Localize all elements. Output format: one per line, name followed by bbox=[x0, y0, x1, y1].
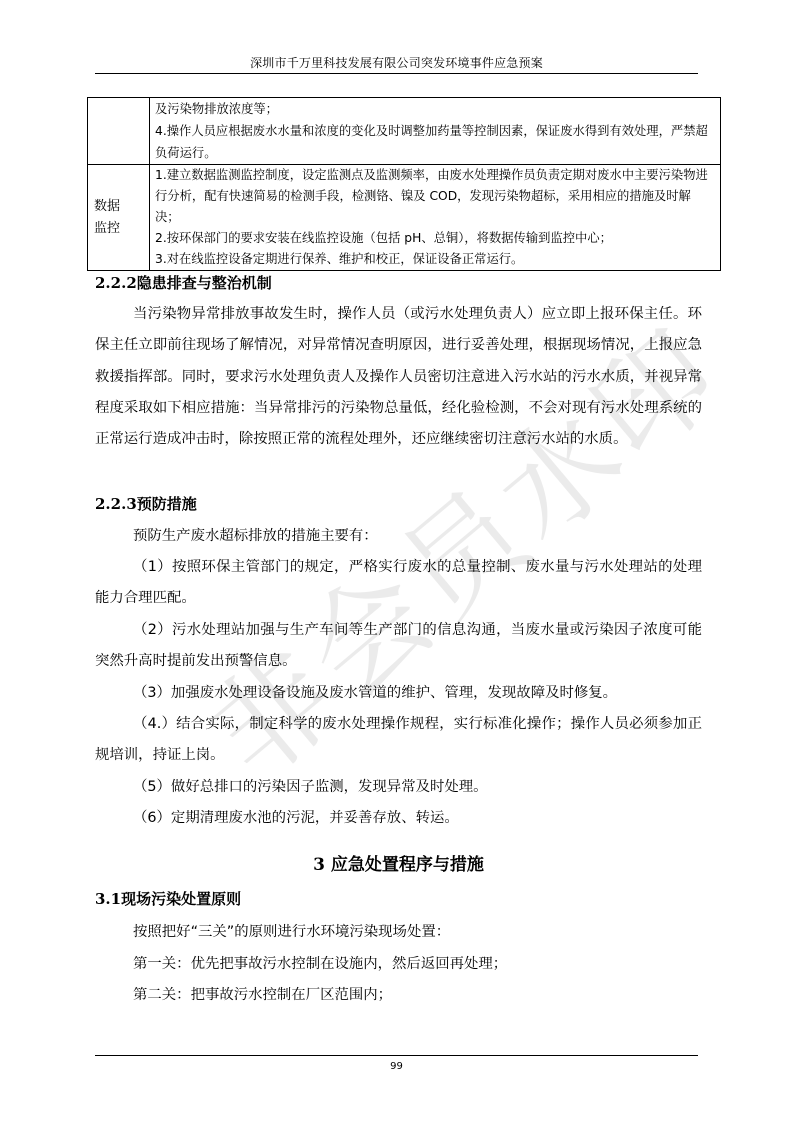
label-line: 数据 bbox=[94, 196, 144, 218]
chapter-heading-3: 3 应急处置程序与措施 bbox=[95, 850, 702, 875]
list-item: （6）定期清理废水池的污泥，并妥善存放、转运。 bbox=[95, 803, 702, 834]
paragraph-line: 按照把好“三关”的原则进行水环境污染现场处置： bbox=[95, 917, 702, 948]
list-item: （1）按照环保主管部门的规定，严格实行废水的总量控制、废水量与污水处理站的处理能… bbox=[95, 552, 702, 615]
measures-table: 及污染物排放浓度等； 4.操作人员应根据废水水量和浓度的变化及时调整加药量等控制… bbox=[87, 97, 721, 271]
page-number: 99 bbox=[95, 1061, 698, 1072]
footer-divider bbox=[95, 1055, 698, 1056]
list-item: （4.）结合实际，制定科学的废水处理操作规程，实行标准化操作；操作人员必须参加正… bbox=[95, 709, 702, 772]
list-item: （3）加强废水处理设备设施及废水管道的维护、管理，发现故障及时修复。 bbox=[95, 678, 702, 709]
list-item: （2）污水处理站加强与生产车间等生产部门的信息沟通，当废水量或污染因子浓度可能突… bbox=[95, 615, 702, 678]
header-divider bbox=[95, 73, 698, 74]
document-header-title: 深圳市千万里科技发展有限公司突发环境事件应急预案 bbox=[95, 54, 698, 71]
table-line: 4.操作人员应根据废水水量和浓度的变化及时调整加药量等控制因素，保证废水得到有效… bbox=[155, 120, 715, 164]
table-line: 1.建立数据监测监控制度，设定监测点及监测频率，由废水处理操作员负责定期对废水中… bbox=[155, 165, 715, 228]
paragraph-line: 第一关：优先把事故污水控制在设施内，然后返回再处理； bbox=[95, 949, 702, 980]
table-line: 3.对在线监控设备定期进行保养、维护和校正，保证设备正常运行。 bbox=[155, 249, 715, 270]
table-row: 及污染物排放浓度等； 4.操作人员应根据废水水量和浓度的变化及时调整加药量等控制… bbox=[88, 98, 721, 165]
section-intro: 预防生产废水超标排放的措施主要有： bbox=[95, 521, 702, 552]
table-row-label bbox=[88, 98, 150, 165]
section-paragraph: 当污染物异常排放事故发生时，操作人员（或污水处理负责人）应立即上报环保主任。环保… bbox=[95, 299, 702, 455]
label-line: 监控 bbox=[94, 218, 144, 240]
table-line: 2.按环保部门的要求安装在线监控设施（包括 pH、总铜），将数据传输到监控中心； bbox=[155, 228, 715, 249]
section-heading-3-1: 3.1现场污染处置原则 bbox=[95, 888, 241, 909]
table-row-content: 1.建立数据监测监控制度，设定监测点及监测频率，由废水处理操作员负责定期对废水中… bbox=[150, 165, 721, 271]
section-heading-2-2-3: 2.2.3预防措施 bbox=[95, 493, 197, 514]
list-item: （5）做好总排口的污染因子监测，发现异常及时处理。 bbox=[95, 772, 702, 803]
table-row-content: 及污染物排放浓度等； 4.操作人员应根据废水水量和浓度的变化及时调整加药量等控制… bbox=[150, 98, 721, 165]
section-heading-2-2-2: 2.2.2隐患排查与整治机制 bbox=[95, 272, 272, 293]
table-row: 数据 监控 1.建立数据监测监控制度，设定监测点及监测频率，由废水处理操作员负责… bbox=[88, 165, 721, 271]
table-line: 及污染物排放浓度等； bbox=[155, 98, 715, 120]
paragraph-line: 第二关：把事故污水控制在厂区范围内； bbox=[95, 980, 702, 1011]
table-row-label: 数据 监控 bbox=[88, 165, 150, 271]
